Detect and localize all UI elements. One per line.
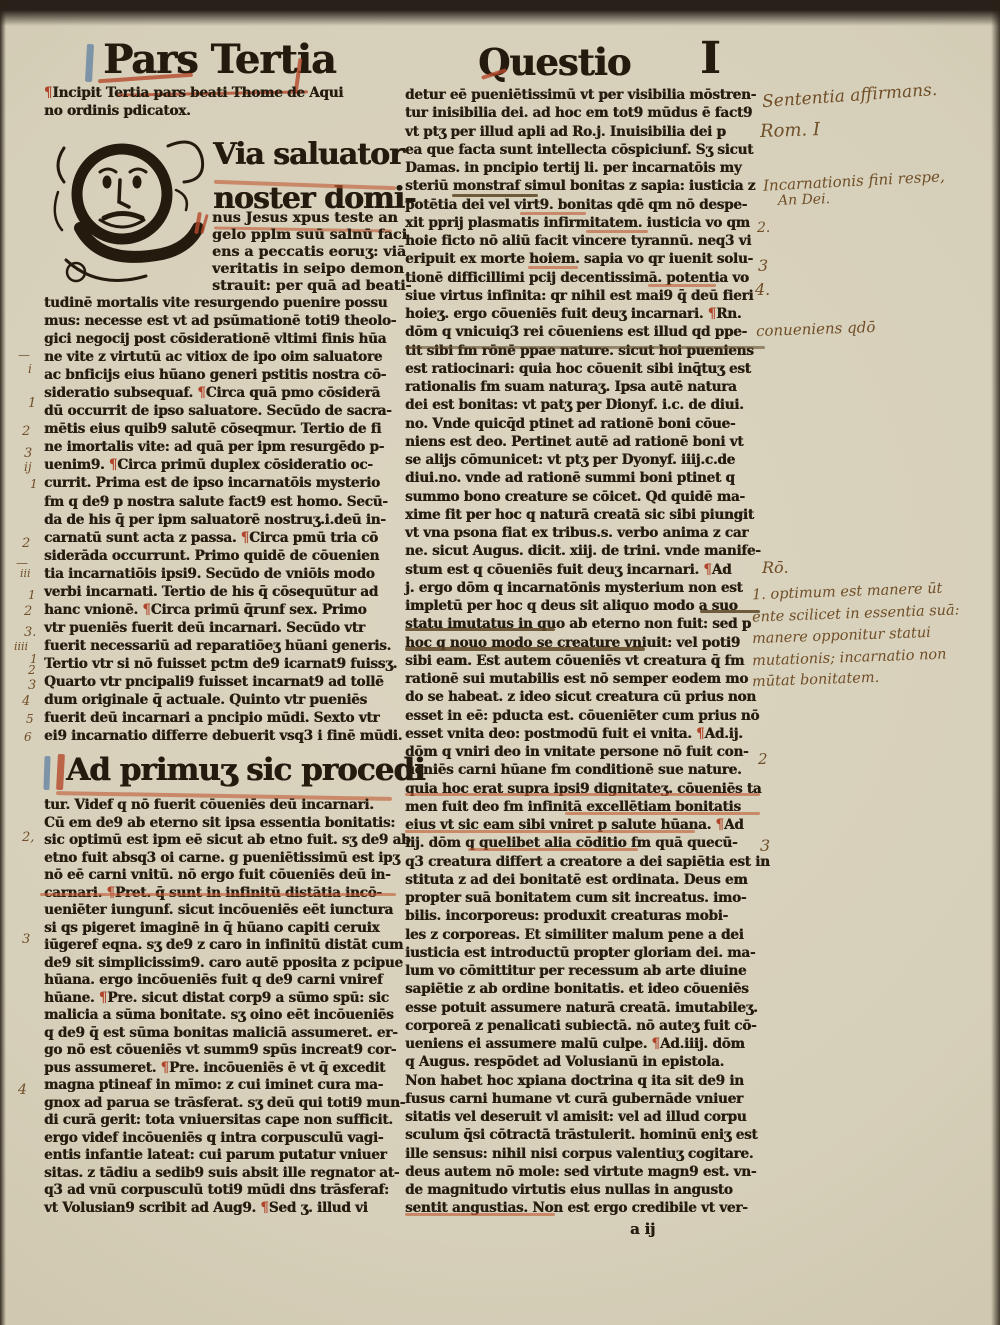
blue-pen-mark bbox=[85, 44, 94, 82]
text-line: q3 ad vnū corpusculū toti9 mūdi dns trās… bbox=[44, 1182, 400, 1200]
text-line: tia incarnatiōis ipsi9. Secūdo de vniōis… bbox=[44, 565, 400, 583]
margin-numeral: i bbox=[28, 362, 32, 376]
text-line: ac bnficijs eius hūano generi pstitis no… bbox=[44, 366, 400, 384]
margin-numeral: 1 bbox=[30, 477, 38, 491]
text-line: pus assumeret. ¶Pre. incōueniēs ē vt q̄ … bbox=[44, 1060, 400, 1078]
text-line: veritatis in seipo demon bbox=[212, 261, 402, 278]
text-line: niens est deo. Pertinet autē ad rationē … bbox=[405, 433, 763, 451]
text-line: iūgeref eqna. sʒ de9 z caro in infinitū … bbox=[44, 937, 400, 955]
margin-numeral: 1 bbox=[28, 588, 36, 602]
left-column-body1: tudinē mortalis vite resurgendo puenire … bbox=[44, 294, 400, 745]
text-line: uenim9. ¶Circa primū duplex cōsideratio … bbox=[44, 456, 400, 474]
margin-numeral: 3. bbox=[24, 625, 36, 640]
margin-note: Rom. I bbox=[760, 119, 821, 142]
ink-underline bbox=[405, 628, 555, 631]
right-column-body: detur eē pueniētissimū vt per visibilia … bbox=[405, 86, 763, 1218]
margin-note: Incarnationis fini respe, bbox=[763, 167, 945, 194]
text-line: sideratio subsequaf. ¶Circa quā pmo cōsi… bbox=[44, 384, 400, 402]
text-line: stituta z ad dei bonitatē est ordinata. … bbox=[405, 871, 763, 889]
text-line: se alijs cōmunicet: vt ptʒ per Dyonyf. i… bbox=[405, 451, 763, 469]
text-line: mus: necesse est vt ad psūmationē toti9 … bbox=[44, 312, 400, 330]
ink-underline bbox=[452, 194, 538, 197]
text-line: dum originale q̄ actuale. Quinto vtr pue… bbox=[44, 691, 400, 709]
running-header-center: Questio bbox=[478, 40, 630, 84]
text-line: summo bono creature se cōicet. Qd quidē … bbox=[405, 488, 763, 506]
text-line: ueniēter iungunf. sicut incōueniēs eēt i… bbox=[44, 902, 400, 920]
text-line: malicia a sūma bonitate. sʒ oino eēt inc… bbox=[44, 1007, 400, 1025]
margin-numeral: ij bbox=[24, 460, 32, 474]
margin-numeral: 3 bbox=[758, 256, 768, 275]
margin-numeral: iiii bbox=[14, 640, 28, 653]
text-line: dōm q vniri deo in vnitate persone nō fu… bbox=[405, 743, 763, 761]
text-line: steriū monstraf simul bonitas z sapia: i… bbox=[405, 177, 763, 195]
margin-note: manere opponitur statui bbox=[752, 625, 931, 647]
pilcrow-mark: ¶ bbox=[652, 1036, 660, 1052]
margin-numeral: 5 bbox=[26, 712, 34, 726]
text-line: etno fuit absq3 oi carne. g pueniētissim… bbox=[44, 850, 400, 868]
text-line: Damas. in pncipio tertij li. per incarna… bbox=[405, 159, 763, 177]
red-underline bbox=[528, 266, 578, 269]
margin-note: mūtat bonitatem. bbox=[752, 670, 880, 690]
text-line: ea que facta sunt intellecta cōspiciunf.… bbox=[405, 141, 763, 159]
text-line: sitatis vel deseruit vl amisit: vel ad i… bbox=[405, 1108, 763, 1126]
pilcrow-mark: ¶ bbox=[109, 457, 117, 473]
pilcrow-mark: ¶ bbox=[708, 306, 716, 322]
blue-pen-mark bbox=[43, 756, 50, 790]
margin-numeral: 6 bbox=[24, 730, 32, 744]
margin-note: conueniens qdō bbox=[756, 318, 876, 340]
text-line: magna ptineaf in mīmo: z cui iminet cura… bbox=[44, 1077, 400, 1095]
margin-note: Sententia affirmans. bbox=[762, 80, 938, 112]
text-line: iusticia est introductū propter gloriam … bbox=[405, 944, 763, 962]
red-underline bbox=[405, 830, 695, 833]
text-line: gnox ad parua se trāsferat. sʒ deū qui t… bbox=[44, 1095, 400, 1113]
text-line: ne. sicut Augus. dicit. xiij. de trini. … bbox=[405, 542, 763, 560]
text-line: ne vite z virtutū ac vitiox de ipo oim s… bbox=[44, 348, 400, 366]
text-line: vt vna psona fiat ex tribus.s. verbo ani… bbox=[405, 524, 763, 542]
red-underline bbox=[468, 848, 638, 851]
margin-note: Rō. bbox=[762, 558, 789, 577]
pilcrow-mark: ¶ bbox=[99, 990, 107, 1006]
text-line: esse potuit assumere naturā creatā. imut… bbox=[405, 999, 763, 1017]
text-line: vt Volusian9 scribit ad Aug9. ¶Sed ʒ. il… bbox=[44, 1200, 400, 1218]
text-line: esset vnita deo: postmodū fuit ei vnita.… bbox=[405, 725, 763, 743]
text-line: do se habeat. z ideo sicut creatura cū p… bbox=[405, 688, 763, 706]
text-line: sculum q̄si cōtractā trāstulerit. hominū… bbox=[405, 1126, 763, 1144]
pilcrow-mark: ¶ bbox=[696, 726, 704, 742]
text-line: hoie ficto nō aliū facit vincere tyrannū… bbox=[405, 232, 763, 250]
text-line: j. ergo dōm q incarnatōnis mysterium non… bbox=[405, 579, 763, 597]
text-line: dū occurrit de ipso saluatore. Secūdo de… bbox=[44, 402, 400, 420]
text-line: dōm q vnicuiq3 rei cōueniens est illud q… bbox=[405, 323, 763, 341]
margin-numeral: 2 bbox=[22, 424, 30, 439]
text-line: dei est bonitas: vt patʒ per Dionyf. i.c… bbox=[405, 396, 763, 414]
red-underline bbox=[520, 212, 586, 215]
margin-note: mutationis; incarnatio non bbox=[752, 647, 947, 670]
text-line: hūane. ¶Pre. sicut distat corp9 a sūmo s… bbox=[44, 990, 400, 1008]
text-line: fuerit deū incarnari a pncipio mūdi. Sex… bbox=[44, 709, 400, 727]
margin-numeral: 4 bbox=[22, 694, 30, 709]
red-underline bbox=[648, 284, 716, 287]
margin-numeral: 3 bbox=[28, 678, 36, 693]
text-line: gelo pplm suū salnū faci bbox=[212, 227, 402, 244]
book-page-photo: Pars Tertia Questio I ¶Incipit Tertia pa… bbox=[0, 0, 1000, 1325]
margin-numeral: 3 bbox=[24, 446, 32, 461]
text-line: di curā gerit: tota vniuersitas cape non… bbox=[44, 1112, 400, 1130]
margin-numeral: — bbox=[18, 348, 30, 362]
text-line: Tertio vtr si nō fuisset pctm de9 icarna… bbox=[44, 655, 400, 673]
pilcrow-mark: ¶ bbox=[260, 1200, 268, 1216]
text-line: eripuit ex morte hoiem. sapia vo qr iuen… bbox=[405, 250, 763, 268]
text-line: ueniēs carni hūane fm conditionē sue nat… bbox=[405, 761, 763, 779]
text-line: fm q de9 p nostra salute fact9 est homo.… bbox=[44, 493, 400, 511]
text-line: siderāda occurrunt. Primo quidē de cōuen… bbox=[44, 547, 400, 565]
text-line: da de his q̄ per ipm saluatorē nostruʒ.i… bbox=[44, 511, 400, 529]
margin-numeral: 2 bbox=[28, 663, 36, 677]
red-underline bbox=[405, 793, 760, 796]
text-line: no. Vnde quicq̄d ptinet ad rationē boni … bbox=[405, 415, 763, 433]
text-line: ens a peccatis eoruʒ: viā bbox=[212, 244, 402, 261]
text-line: esset in eē: pducta est. cōueniēter cum … bbox=[405, 707, 763, 725]
text-line: ei9 incarnatio differre debuerit vsq3 i … bbox=[44, 727, 400, 745]
pilcrow-mark: ¶ bbox=[716, 817, 724, 833]
text-line: xit pprij plasmatis infirmitatem. iustic… bbox=[405, 214, 763, 232]
intro-text: nus Jesus xpus teste angelo pplm suū sal… bbox=[212, 210, 402, 295]
margin-numeral: 2. bbox=[757, 220, 770, 236]
margin-numeral: iii bbox=[20, 567, 31, 580]
text-line: sapiētie z ab ordine bonitatis. et ideo … bbox=[405, 980, 763, 998]
opening-heading-line1: Via saluator bbox=[213, 137, 404, 172]
text-line: ille sensus: nihil nisi corpus valentiuʒ… bbox=[405, 1145, 763, 1163]
text-line: ne imortalis vite: ad quā per ipm resurg… bbox=[44, 438, 400, 456]
text-line: est ratiocinari: quia hoc cōuenit sibi i… bbox=[405, 360, 763, 378]
text-line: q Augus. respōdet ad Volusianū in episto… bbox=[405, 1053, 763, 1071]
left-column-body2: tur. Videf q nō fuerit cōueniēs deū inca… bbox=[44, 797, 400, 1217]
text-line: ueniens ei assumere malū culpe. ¶Ad.iiij… bbox=[405, 1035, 763, 1053]
text-line: ¶Incipit Tertia pars beati Thome de Aqui bbox=[44, 84, 400, 102]
pilcrow-mark: ¶ bbox=[703, 562, 711, 578]
text-line: fuerit necessariū ad reparatiōeʒ hūani g… bbox=[44, 637, 400, 655]
margin-note: 1. optimum est manere ūt bbox=[752, 581, 943, 604]
pilcrow-mark: ¶ bbox=[161, 1060, 169, 1076]
text-line: detur eē pueniētissimū vt per visibilia … bbox=[405, 86, 763, 104]
text-line: mētis eius quib9 salutē cōseqmur. Tertio… bbox=[44, 420, 400, 438]
text-line: carnatū sunt acta z passa. ¶Circa pmū tr… bbox=[44, 529, 400, 547]
text-line: tit sibi fm rōnē ppae nature. sicut hoi … bbox=[405, 342, 763, 360]
signature-mark: a ij bbox=[630, 1220, 655, 1238]
text-line: tur inisibilia dei. ad hoc em tot9 mūdus… bbox=[405, 104, 763, 122]
text-line: Cū em de9 ab eterno sit ipsa essentia bo… bbox=[44, 815, 400, 833]
text-line: bilis. incorporeus: produxit creaturas m… bbox=[405, 907, 763, 925]
margin-numeral: 3 bbox=[22, 932, 30, 947]
text-line: q de9 q̄ est sūma bonitas maliciā assume… bbox=[44, 1025, 400, 1043]
text-line: no ordinis pdicatox. bbox=[44, 102, 400, 120]
margin-numeral: 4 bbox=[18, 1082, 27, 1098]
text-line: go nō est cōueniēs vt summ9 spūs increat… bbox=[44, 1042, 400, 1060]
text-line: hanc vnionē. ¶Circa primū q̄runf sex. Pr… bbox=[44, 601, 400, 619]
text-line: hoieʒ. ergo cōueniēs fuit deuʒ incarnari… bbox=[405, 305, 763, 323]
text-line: fusus carni humane vt curā gubernāde vni… bbox=[405, 1090, 763, 1108]
text-line: currit. Prima est de ipso incarnatōis my… bbox=[44, 474, 400, 492]
text-line: rationalis fm suam naturaʒ. Ipsa autē na… bbox=[405, 378, 763, 396]
margin-numeral: 2, bbox=[22, 830, 34, 845]
ink-underline bbox=[405, 647, 645, 651]
text-line: strauit: per quā ad beati- bbox=[212, 278, 402, 295]
text-line: hūana. ergo incōueniēs fuit q de9 carni … bbox=[44, 972, 400, 990]
text-line: gici negocij post cōsiderationē vltimi f… bbox=[44, 330, 400, 348]
text-line: les z corporeas. Et similiter malum pene… bbox=[405, 926, 763, 944]
article-heading: Ad primuʒ sic procedi bbox=[66, 752, 425, 788]
red-underline bbox=[40, 893, 396, 896]
red-underline bbox=[586, 230, 648, 233]
text-line: corporeā z penalicati subiectā. nō auteʒ… bbox=[405, 1017, 763, 1035]
text-line: tudinē mortalis vite resurgendo puenire … bbox=[44, 294, 400, 312]
text-line: q3 creatura differt a creatore a dei sap… bbox=[405, 853, 763, 871]
text-line: vtr pueniēs fuerit deū incarnari. Secūdo… bbox=[44, 619, 400, 637]
text-line: de9 sit simplicissim9. caro autē pposita… bbox=[44, 955, 400, 973]
text-line: ergo videf incōueniēs q intra corpusculū… bbox=[44, 1130, 400, 1148]
pilcrow-mark: ¶ bbox=[44, 85, 52, 101]
text-line: potētia dei vel virt9. bonitas qdē qm nō… bbox=[405, 196, 763, 214]
pilcrow-mark: ¶ bbox=[197, 385, 205, 401]
pilcrow-mark: ¶ bbox=[241, 530, 249, 546]
text-line: stum est q cōueniēs fuit deuʒ incarnari.… bbox=[405, 561, 763, 579]
text-line: tur. Videf q nō fuerit cōueniēs deū inca… bbox=[44, 797, 400, 815]
text-line: Quarto vtr pncipali9 fuisset incarnat9 a… bbox=[44, 673, 400, 691]
text-line: diui.no. vnde ad rationē summi boni ptin… bbox=[405, 469, 763, 487]
ink-rule bbox=[405, 346, 765, 349]
woodcut-initial-q bbox=[50, 132, 208, 292]
text-line: rationē sui mutabilis est nō semper eode… bbox=[405, 670, 763, 688]
margin-numeral: 2 bbox=[758, 750, 768, 768]
margin-numeral: 2 bbox=[24, 604, 32, 619]
text-line: entis infantie lateat: cui parum putatur… bbox=[44, 1147, 400, 1165]
text-line: verbi incarnati. Tertio de his q̄ cōsequ… bbox=[44, 583, 400, 601]
text-line: de magnitudo virtutis eius nullas in ang… bbox=[405, 1181, 763, 1199]
text-line: Non habet hoc xpiana doctrina q ita sit … bbox=[405, 1072, 763, 1090]
text-line: lum vo cōmittitur per recessum ab arte d… bbox=[405, 962, 763, 980]
text-line: nō eē carni vnitū. nō ergo fuit cōueniēs… bbox=[44, 867, 400, 885]
text-line: sibi eam. Est autem cōueniēs vt creatura… bbox=[405, 652, 763, 670]
text-line: xime fit per hoc q naturā creatā sic sib… bbox=[405, 506, 763, 524]
red-underline bbox=[405, 1213, 555, 1216]
incipit: ¶Incipit Tertia pars beati Thome de Aqui… bbox=[44, 84, 400, 121]
text-line: vt ptʒ per illud apli ad Ro.j. Inuisibil… bbox=[405, 123, 763, 141]
margin-note: ente scilicet in essentia suā: bbox=[752, 602, 960, 625]
running-header-folio-numeral: I bbox=[700, 33, 721, 84]
text-line: sic optimū est ipm eē sicut ab etno fuit… bbox=[44, 832, 400, 850]
text-line: nus Jesus xpus teste an bbox=[212, 210, 402, 227]
text-line: si qs pigeret imaginē in q̄ hūano capiti… bbox=[44, 920, 400, 938]
text-line: deus autem nō mole: sed virtute magn9 es… bbox=[405, 1163, 763, 1181]
pilcrow-mark: ¶ bbox=[142, 602, 150, 618]
text-line: propter suā bonitatem cum sit increatus.… bbox=[405, 889, 763, 907]
red-pen-mark bbox=[56, 754, 65, 790]
margin-numeral: 4. bbox=[755, 280, 770, 299]
text-line: sitas. z tādiu a sedib9 suis absit ille … bbox=[44, 1165, 400, 1183]
red-underline bbox=[565, 812, 760, 815]
margin-numeral: 2 bbox=[22, 536, 30, 551]
margin-numeral: 3 bbox=[760, 836, 770, 855]
text-line: siue virtus infinita: qr nihil est mai9 … bbox=[405, 287, 763, 305]
margin-numeral: 1 bbox=[28, 396, 36, 411]
margin-note: An Dei. bbox=[778, 191, 831, 209]
